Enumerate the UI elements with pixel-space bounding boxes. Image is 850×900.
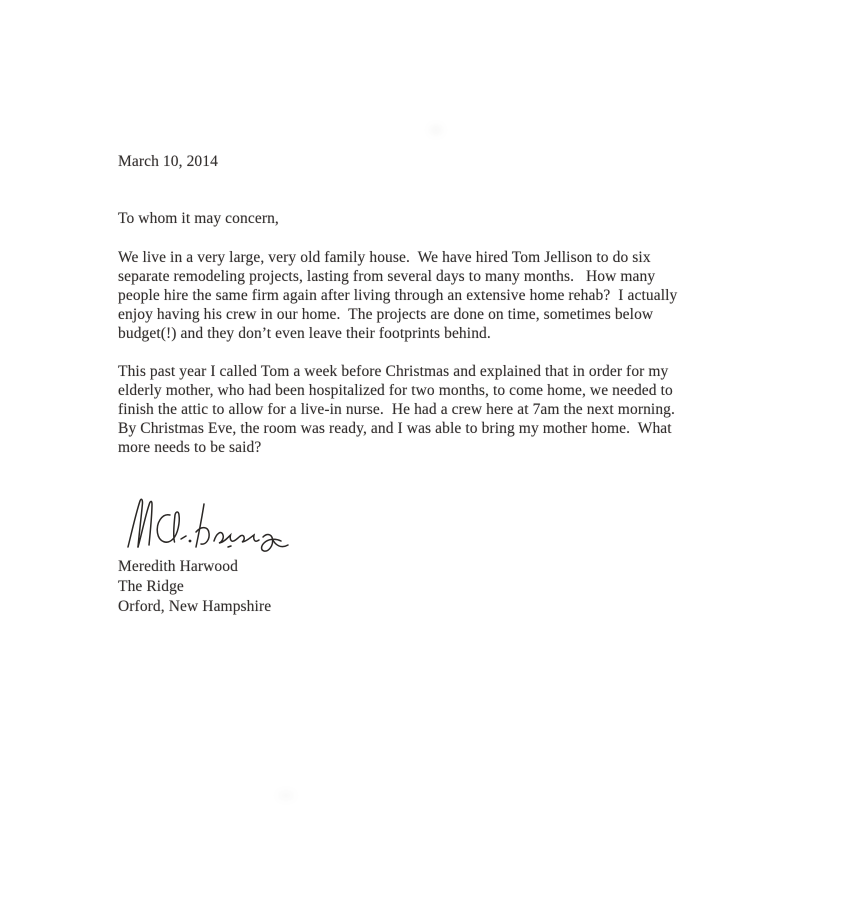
- scan-smudge: [278, 792, 294, 799]
- date-line: March 10, 2014: [118, 152, 724, 171]
- signatory-address-line: The Ridge: [118, 577, 724, 597]
- signatory-address-line: Orford, New Hampshire: [118, 597, 724, 617]
- body-paragraph: We live in a very large, very old family…: [118, 248, 724, 343]
- scan-smudge: [430, 126, 442, 134]
- salutation: To whom it may concern,: [118, 209, 724, 228]
- letter-body: March 10, 2014 To whom it may concern, W…: [118, 152, 724, 617]
- handwritten-signature-icon: [124, 497, 299, 553]
- signatory-name: Meredith Harwood: [118, 557, 724, 577]
- signature-block: Meredith Harwood The Ridge Orford, New H…: [118, 557, 724, 617]
- scanned-letter-page: March 10, 2014 To whom it may concern, W…: [0, 0, 850, 900]
- body-paragraph: This past year I called Tom a week befor…: [118, 362, 724, 457]
